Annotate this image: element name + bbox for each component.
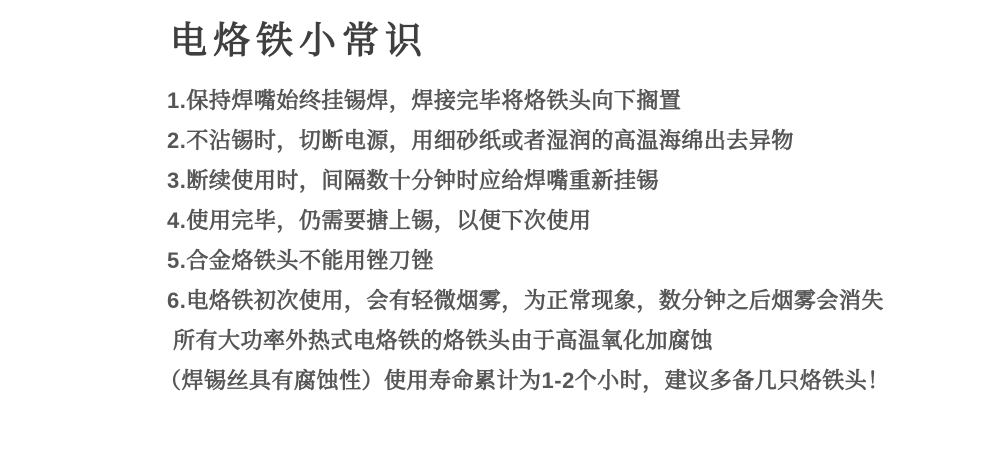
tip-line-6: 6.电烙铁初次使用，会有轻微烟雾，为正常现象，数分钟之后烟雾会消失 — [167, 281, 890, 321]
page-title: 电烙铁小常识 — [170, 20, 428, 62]
tip-line-4: 4.使用完毕，仍需要搪上锡，以便下次使用 — [167, 201, 890, 241]
tip-line-continuation-2: （焊锡丝具有腐蚀性）使用寿命累计为1-2个小时，建议多备几只烙铁头！ — [159, 361, 890, 401]
info-sheet: 电烙铁小常识 1.保持焊嘴始终挂锡焊，焊接完毕将烙铁头向下搁置 2.不沾锡时，切… — [0, 0, 990, 451]
tips-list: 1.保持焊嘴始终挂锡焊，焊接完毕将烙铁头向下搁置 2.不沾锡时，切断电源，用细砂… — [167, 81, 890, 401]
tip-line-3: 3.断续使用时，间隔数十分钟时应给焊嘴重新挂锡 — [167, 161, 890, 201]
tip-line-continuation-1: 所有大功率外热式电烙铁的烙铁头由于高温氧化加腐蚀 — [167, 321, 890, 361]
tip-line-5: 5.合金烙铁头不能用锉刀锉 — [167, 241, 890, 281]
tip-line-2: 2.不沾锡时，切断电源，用细砂纸或者湿润的高温海绵出去异物 — [167, 121, 890, 161]
tip-line-1: 1.保持焊嘴始终挂锡焊，焊接完毕将烙铁头向下搁置 — [167, 81, 890, 121]
